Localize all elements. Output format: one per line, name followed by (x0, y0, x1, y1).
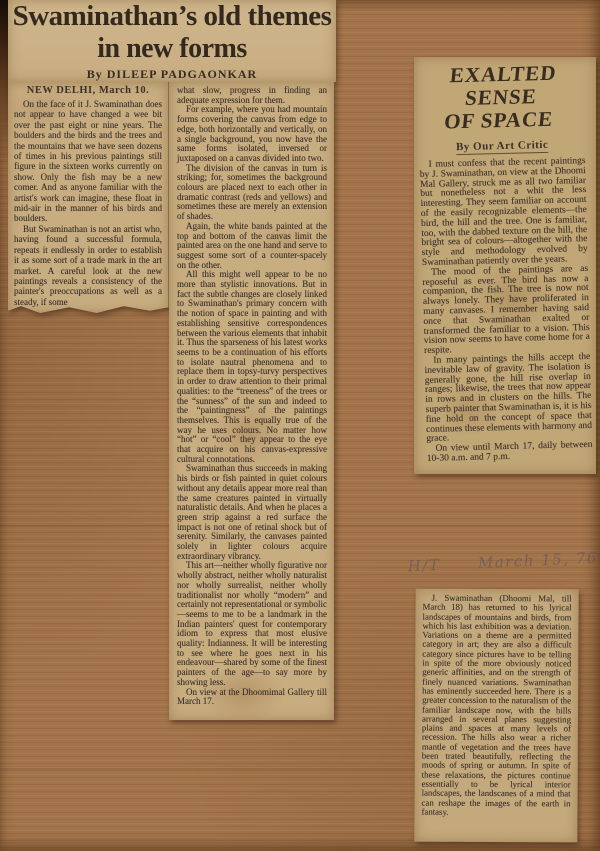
clipping-main-header: Swaminathan’s old themes in new forms By… (8, 0, 336, 82)
exalted-headline-line2: OF SPACE (443, 107, 554, 134)
main-paragraph: For example, where you had mountain form… (177, 105, 327, 163)
exalted-paragraph: On view until March 17, daily between 10… (426, 441, 592, 465)
main-paragraph: This art—neither wholly figurative nor w… (177, 561, 327, 687)
main-paragraph: Again, the white bands painted at the to… (177, 222, 327, 271)
main-paragraph: what slow, progress in finding an adequa… (177, 86, 327, 105)
clipping-exalted-paper: EXALTED SENSEOF SPACE By Our Art Critic … (414, 57, 596, 474)
exalted-headline: EXALTED SENSEOF SPACE (415, 61, 588, 134)
main-paragraph: Swaminathan thus succeeds in making his … (177, 464, 327, 561)
main-headline-line1: Swaminathan’s old themes (8, 0, 336, 33)
clipping-main-column1: NEW DELHI, March 10. On the face of it J… (8, 82, 169, 313)
exalted-headline-line1: EXALTED SENSE (449, 61, 558, 110)
main-paragraph: But Swaminathan is not an artist who, ha… (14, 224, 162, 307)
clipping-main-column2: what slow, progress in finding an adequa… (169, 82, 334, 720)
handwritten-note: H/T March 15, 76 (407, 549, 598, 592)
main-paragraph: On the face of it J. Swaminathan does no… (14, 99, 162, 224)
review-paragraph: J. Swaminathan (Dhoomi Mal, till March 1… (421, 594, 571, 818)
exalted-paragraph: I must confess that the recent paintings… (419, 157, 588, 269)
main-dateline: NEW DELHI, March 10. (14, 85, 162, 96)
exalted-paragraph: In many paintings the hills accept the i… (424, 353, 592, 445)
clipping-review-paper: J. Swaminathan (Dhoomi Mal, till March 1… (414, 589, 578, 843)
main-paragraph: All this might well appear to be no more… (177, 270, 327, 464)
scrapbook-board: Swaminathan’s old themes in new forms By… (0, 0, 600, 851)
main-headline-line2: in new forms (8, 33, 336, 64)
exalted-paragraph: The mood of the paintings are as reposef… (422, 265, 590, 357)
main-paragraph: The division of the canvas in turn is st… (177, 164, 327, 222)
main-paragraph: On view at the Dhoomimal Gallery till Ma… (177, 688, 327, 707)
exalted-byline: By Our Art Critic (456, 139, 549, 155)
main-byline: By DILEEP PADGAONKAR (8, 67, 336, 82)
